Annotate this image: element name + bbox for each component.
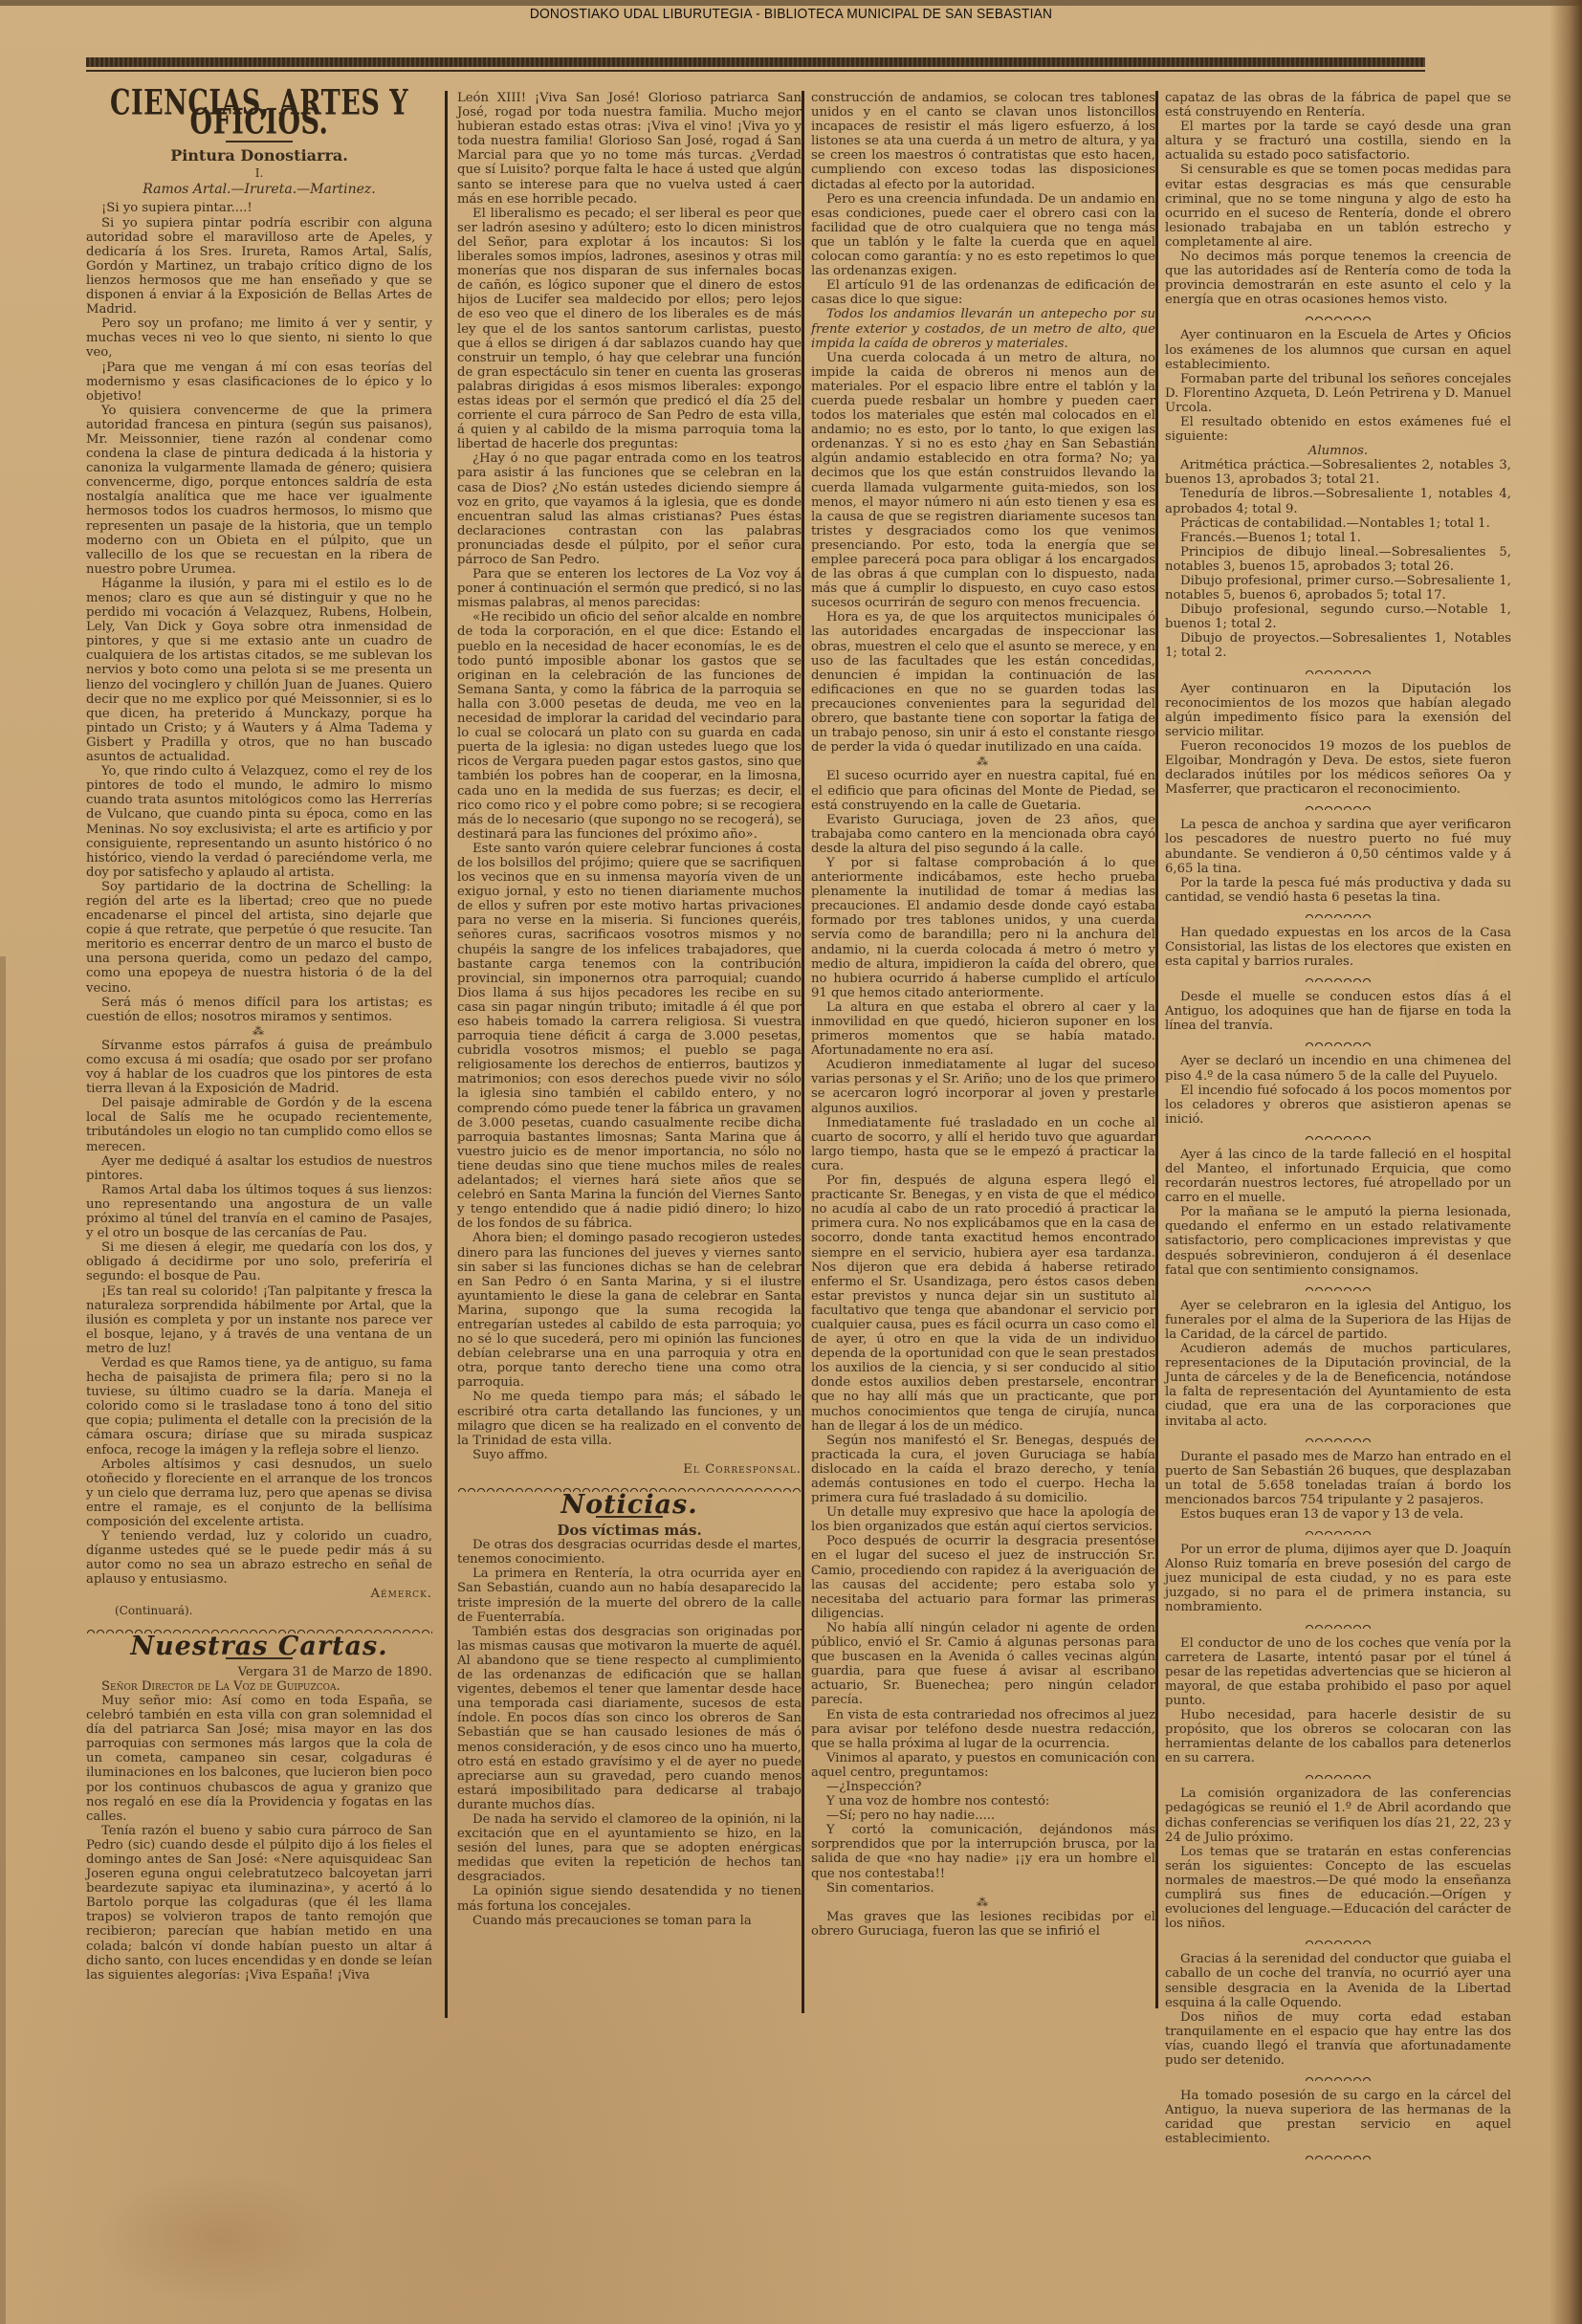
paragraph: Formaban parte del tribunal los señores …: [1165, 372, 1511, 415]
news-paragraph: Los temas que se tratarán en estas confe…: [1165, 1845, 1511, 1932]
masthead-rule: [86, 57, 1425, 67]
article-signature: Aémerck.: [86, 1587, 432, 1601]
paragraph: Si yo supiera pintar podría escribir con…: [86, 216, 432, 318]
paragraph: Ayer continuaron en la Escuela de Artes …: [1165, 328, 1511, 371]
news-paragraph: Ayer se celebraron en la iglesia del Ant…: [1165, 1299, 1511, 1342]
news-paragraph: Estos buques eran 13 de vapor y 13 de ve…: [1165, 1507, 1511, 1522]
paragraph: León XIII! ¡Viva San José! Glorioso patr…: [457, 91, 802, 207]
paragraph: El artículo 91 de las ordenanzas de edif…: [811, 278, 1155, 307]
newspaper-page: DONOSTIAKO UDAL LIBURUTEGIA - BIBLIOTECA…: [0, 0, 1582, 2324]
news-paragraph: Ha tomado posesión de su cargo en la cár…: [1165, 2089, 1511, 2146]
article-body-ciencias: ¡Si yo supiera pintar....! Si yo supiera…: [86, 201, 432, 1023]
exam-result: Dibujo de proyectos.—Sobresalientes 1, N…: [1165, 631, 1511, 660]
article-body-ciencias-2: Sírvanme estos párrafos á guisa de preám…: [86, 1039, 432, 1588]
paragraph: El martes por la tarde se cayó desde una…: [1165, 120, 1511, 163]
column-1: CIENCIAS, ARTES Y OFICIOS. Pintura Donos…: [86, 91, 432, 1983]
paragraph: construcción de andamios, se colocan tre…: [811, 91, 1155, 192]
paragraph: Y cortó la comunicación, dejándonos más …: [811, 1823, 1155, 1880]
paragraph: ¡Es tan real su colorido! ¡Tan palpitant…: [86, 1284, 432, 1356]
paragraph: Suyo affmo.: [457, 1448, 802, 1462]
paragraph: La primera en Rentería, la otra ocurrida…: [457, 1567, 802, 1624]
paragraph: Hora es ya, de que los arquitectos munic…: [811, 610, 1155, 755]
paragraph: Verdad es que Ramos tiene, ya de antiguo…: [86, 1356, 432, 1458]
wavy-separator: [1305, 2073, 1372, 2081]
results-subhead: Alumnos.: [1165, 444, 1511, 458]
paragraph: El resultado obtenido en estos exámenes …: [1165, 415, 1511, 444]
continuation-note: (Continuará).: [86, 1604, 432, 1618]
column-divider-1: [445, 91, 448, 2018]
news-paragraph: Ayer se declaró un incendio en una chime…: [1165, 1054, 1511, 1083]
section-title-noticias: Noticias.: [457, 1498, 802, 1512]
exam-result: Principios de dibujo lineal.—Sobresalien…: [1165, 545, 1511, 574]
paragraph: Evaristo Guruciaga, joven de 23 años, qu…: [811, 813, 1155, 856]
article-subtitle: Pintura Donostiarra.: [86, 148, 432, 163]
news-paragraph: Desde el muelle se conducen estos días á…: [1165, 990, 1511, 1033]
paragraph: Una cuerda colocada á un metro de altura…: [811, 351, 1155, 611]
news-paragraph: Han quedado expuestas en los arcos de la…: [1165, 926, 1511, 969]
paragraph: Háganme la ilusión, y para mi el estilo …: [86, 577, 432, 764]
asterism-separator: ⁂: [86, 1024, 432, 1039]
wavy-separator: [1305, 313, 1372, 320]
paragraph: Yo, que rindo culto á Velazquez, como el…: [86, 764, 432, 880]
news-paragraph: La pesca de anchoa y sardina que ayer ve…: [1165, 818, 1511, 875]
wavy-separator: [1305, 1771, 1372, 1779]
paragraph: Sin comentarios.: [811, 1881, 1155, 1896]
wavy-separator: [1305, 1132, 1372, 1140]
exam-result: Aritmética práctica.—Sobresalientes 2, n…: [1165, 458, 1511, 487]
wavy-separator: [1305, 975, 1372, 982]
news-paragraph: Ayer continuaron en la Diputación los re…: [1165, 682, 1511, 739]
column-2: León XIII! ¡Viva San José! Glorioso patr…: [457, 91, 802, 1928]
paragraph: ¿Hay ó no que pagar entrada como en los …: [457, 451, 802, 567]
exam-result: Teneduría de libros.—Sobresaliente 1, no…: [1165, 487, 1511, 515]
exam-result: Prácticas de contabilidad.—Nontables 1; …: [1165, 516, 1511, 531]
news-paragraph: Acudieron además de muchos particulares,…: [1165, 1342, 1511, 1429]
letter-signature: El Corresponsal.: [457, 1462, 802, 1477]
exam-result: Francés.—Buenos 1; total 1.: [1165, 531, 1511, 545]
news-paragraph: Por un error de pluma, dijimos ayer que …: [1165, 1543, 1511, 1614]
paragraph: Inmediatamente fué trasladado en un coch…: [811, 1116, 1155, 1173]
paragraph: Cuando más precauciones se toman para la: [457, 1914, 802, 1928]
news-paragraph: Por la mañana se le amputó la pierna les…: [1165, 1205, 1511, 1277]
paragraph: ¡Para que me vengan á mí con esas teoría…: [86, 361, 432, 404]
wavy-separator: [1305, 667, 1372, 674]
asterism-separator: ⁂: [811, 755, 1155, 769]
paragraph: No había allí ningún celador ni agente d…: [811, 1621, 1155, 1708]
paragraph: De otras dos desgracias ocurridas desde …: [457, 1538, 802, 1567]
column-3: construcción de andamios, se colocan tre…: [811, 91, 1155, 1939]
article-part-number: I.: [86, 166, 432, 181]
paragraph: La opinión sigue siendo desatendida y no…: [457, 1884, 802, 1913]
wavy-separator: [1305, 1937, 1372, 1944]
article-artists-line: Ramos Artal.—Irureta.—Martinez.: [86, 183, 432, 197]
paragraph: El liberalismo es pecado; el ser liberal…: [457, 207, 802, 452]
section-title-ciencias: CIENCIAS, ARTES Y OFICIOS.: [86, 94, 432, 133]
news-paragraph: Ayer á las cinco de la tarde falleció en…: [1165, 1148, 1511, 1205]
paragraph: Si censurable es que se tomen pocas medi…: [1165, 163, 1511, 250]
section-title-cartas: Nuestras Cartas.: [86, 1639, 432, 1654]
paragraph: Pero soy un profano; me limito á ver y s…: [86, 317, 432, 360]
paragraph: Según nos manifestó el Sr. Benegas, desp…: [811, 1434, 1155, 1505]
paragraph: —¿Inspección?: [811, 1780, 1155, 1794]
exam-result: Dibujo profesional, primer curso.—Sobres…: [1165, 574, 1511, 603]
paragraph: Ramos Artal daba los últimos toques á su…: [86, 1183, 432, 1240]
paragraph: Yo quisiera convencerme de que la primer…: [86, 404, 432, 577]
paragraph: No decimos más porque tenemos la creenci…: [1165, 250, 1511, 307]
letter-salutation: Señor Director de La Voz de Guipuzcoa.: [86, 1679, 432, 1694]
masthead-rule-thin: [86, 70, 1425, 72]
paragraph: Del paisaje admirable de Gordón y de la …: [86, 1096, 432, 1153]
wavy-separator: [1305, 1435, 1372, 1442]
paragraph: También estas dos desgracias son origina…: [457, 1625, 802, 1812]
news-paragraph: El incendio fué sofocado á los pocos mom…: [1165, 1084, 1511, 1127]
paragraph: Un detalle muy expresivo que hace la apo…: [811, 1505, 1155, 1534]
paragraph: Acudieron inmediatamente al lugar del su…: [811, 1058, 1155, 1115]
paragraph: Soy partidario de la doctrina de Schelli…: [86, 880, 432, 996]
paragraph: No me queda tiempo para más; el sábado l…: [457, 1390, 802, 1447]
paragraph: La altura en que estaba el obrero al cae…: [811, 1000, 1155, 1058]
wavy-separator-end: [1305, 2152, 1372, 2160]
paragraph: Poco después de ocurrir la desgracia pre…: [811, 1534, 1155, 1621]
paragraph: Ahora bien; el domingo pasado recogieron…: [457, 1231, 802, 1390]
paragraph: Vinimos al aparato, y puestos en comunic…: [811, 1751, 1155, 1780]
wavy-separator: [1305, 1527, 1372, 1535]
paragraph: Arboles altísimos y casi desnudos, un su…: [86, 1458, 432, 1529]
column-divider-2: [802, 91, 804, 2013]
paragraph: Y una voz de hombre nos contestó:: [811, 1794, 1155, 1809]
paragraph: Sírvanme estos párrafos á guisa de preám…: [86, 1039, 432, 1096]
paragraph: De nada ha servido el clamoreo de la opi…: [457, 1812, 802, 1884]
news-paragraph: Gracias á la serenidad del conductor que…: [1165, 1952, 1511, 2009]
paragraph: capataz de las obras de la fábrica de pa…: [1165, 91, 1511, 120]
column-divider-3: [1155, 91, 1158, 2008]
wavy-separator: [1305, 1283, 1372, 1291]
news-paragraph: La comisión organizadora de las conferen…: [1165, 1787, 1511, 1844]
paragraph: Muy señor mio: Así como en toda España, …: [86, 1694, 432, 1824]
paragraph: Y teniendo verdad, luz y colorido un cua…: [86, 1529, 432, 1587]
paragraph: Para que se enteren los lectores de La V…: [457, 567, 802, 610]
paragraph: Por fin, después de alguna espera llegó …: [811, 1173, 1155, 1434]
wavy-separator: [1305, 802, 1372, 810]
news-paragraph: Hubo necesidad, para hacerle desistir de…: [1165, 1708, 1511, 1765]
ordinance-quote: Todos los andamios llevarán un antepecho…: [811, 307, 1155, 350]
news-paragraph: Por la tarde la pesca fué más productiva…: [1165, 876, 1511, 905]
paper-stain: [96, 2171, 344, 2305]
paragraph: Pero es una creencia infundada. De un an…: [811, 192, 1155, 279]
exam-result: Dibujo profesional, segundo curso.—Notab…: [1165, 603, 1511, 631]
news-headline: Dos víctimas más.: [457, 1524, 802, 1538]
scan-right-edge: [1549, 0, 1582, 2324]
paragraph: El suceso ocurrido ayer en nuestra capit…: [811, 769, 1155, 812]
paragraph: Será más ó menos difícil para los artist…: [86, 996, 432, 1024]
news-paragraph: Dos niños de muy corta edad estaban tran…: [1165, 2010, 1511, 2068]
paragraph: Y por si faltase comprobación á lo que a…: [811, 856, 1155, 1000]
paragraph: Este santo varón quiere celebrar funcion…: [457, 842, 802, 1232]
library-watermark-banner: DONOSTIAKO UDAL LIBURUTEGIA - BIBLIOTECA…: [63, 6, 1519, 22]
paragraph: —Sí; pero no hay nadie.....: [811, 1809, 1155, 1823]
paragraph: Si me diesen á elegir, me quedaría con l…: [86, 1240, 432, 1283]
paragraph: Tenía razón el bueno y sabio cura párroc…: [86, 1824, 432, 1983]
paragraph: «He recibido un oficio del señor alcalde…: [457, 610, 802, 842]
letter-dateline: Vergara 31 de Marzo de 1890.: [86, 1665, 432, 1679]
paragraph: En vista de esta contrariedad nos ofreci…: [811, 1708, 1155, 1751]
paragraph: ¡Si yo supiera pintar....!: [86, 201, 432, 215]
news-paragraph: Fueron reconocidos 19 mozos de los puebl…: [1165, 739, 1511, 797]
news-paragraph: El conductor de uno de los coches que ve…: [1165, 1636, 1511, 1708]
column-4: capataz de las obras de la fábrica de pa…: [1165, 91, 1511, 2167]
paragraph: Ayer me dediqué á asaltar los estudios d…: [86, 1154, 432, 1183]
wavy-separator: [1305, 910, 1372, 918]
news-paragraph: Durante el pasado mes de Marzo han entra…: [1165, 1450, 1511, 1507]
wavy-separator: [1305, 1621, 1372, 1629]
paragraph: Mas graves que las lesiones recibidas po…: [811, 1910, 1155, 1939]
wavy-separator: [1305, 1039, 1372, 1046]
scan-left-edge: [0, 956, 6, 2324]
asterism-separator: ⁂: [811, 1896, 1155, 1910]
